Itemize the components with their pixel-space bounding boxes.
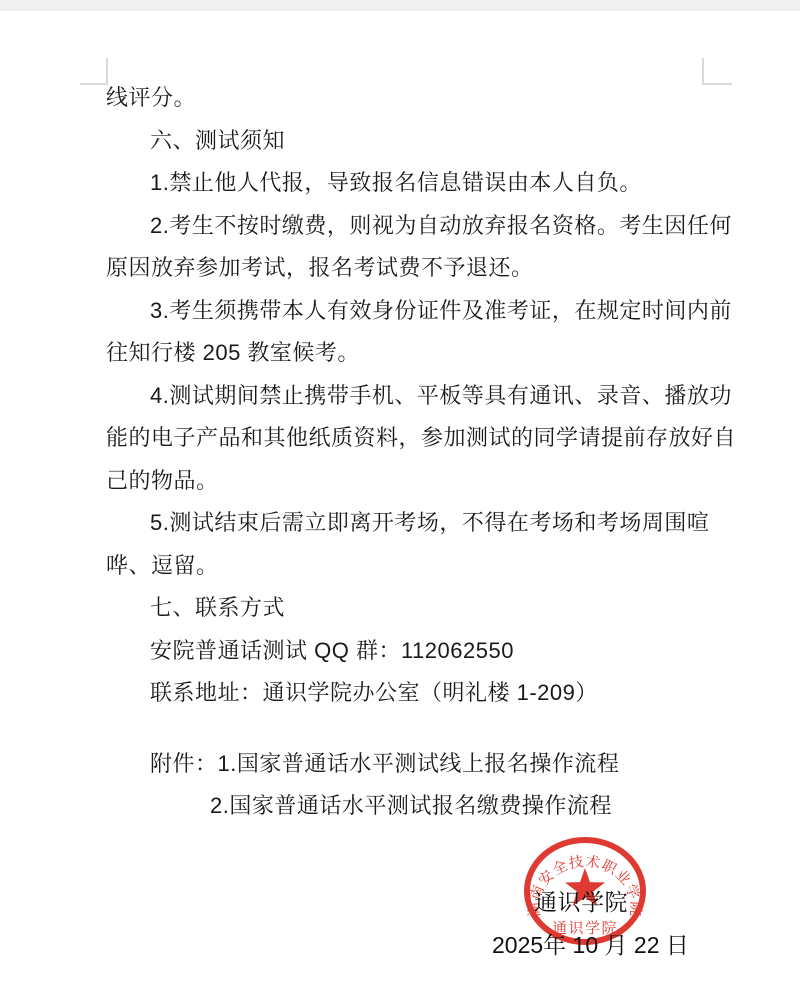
doc-line: 1.禁止他人代报，导致报名信息错误由本人自负。: [106, 162, 706, 205]
text-boundary-mark-right: [702, 58, 732, 85]
section-heading-seven: 七、联系方式: [106, 587, 706, 630]
signature-date: 2025年 10 月 22 日: [492, 927, 689, 960]
signature-department: 通识学院: [534, 884, 628, 917]
doc-line: 己的物品。: [106, 460, 706, 503]
attachment-line-2: 2.国家普通话水平测试报名缴费操作流程: [106, 785, 706, 828]
doc-line: 2.考生不按时缴费，则视为自动放弃报名资格。考生因任何: [106, 205, 706, 248]
top-gray-bar: [0, 0, 800, 11]
document-page: 线评分。 六、测试须知 1.禁止他人代报，导致报名信息错误由本人自负。 2.考生…: [0, 0, 800, 988]
doc-line: 线评分。: [106, 77, 706, 120]
contact-address-line: 联系地址：通识学院办公室（明礼楼 1-209）: [106, 672, 706, 715]
section-heading-six: 六、测试须知: [106, 120, 706, 163]
text-boundary-mark-left: [80, 58, 108, 85]
doc-line: 哗、逗留。: [106, 545, 706, 588]
doc-line: 5.测试结束后需立即离开考场，不得在考场和考场周围喧: [106, 502, 706, 545]
doc-line: 3.考生须携带本人有效身份证件及准考证，在规定时间内前: [106, 290, 706, 333]
doc-line: 往知行楼 205 教室候考。: [106, 332, 706, 375]
doc-line: 能的电子产品和其他纸质资料，参加测试的同学请提前存放好自: [106, 417, 706, 460]
doc-line: 4.测试期间禁止携带手机、平板等具有通讯、录音、播放功: [106, 375, 706, 418]
contact-qq-line: 安院普通话测试 QQ 群：112062550: [106, 630, 706, 673]
attachment-line-1: 附件：1.国家普通话水平测试线上报名操作流程: [106, 743, 706, 786]
doc-line: 原因放弃参加考试，报名考试费不予退还。: [106, 247, 706, 290]
document-body: 线评分。 六、测试须知 1.禁止他人代报，导致报名信息错误由本人自负。 2.考生…: [106, 77, 706, 828]
